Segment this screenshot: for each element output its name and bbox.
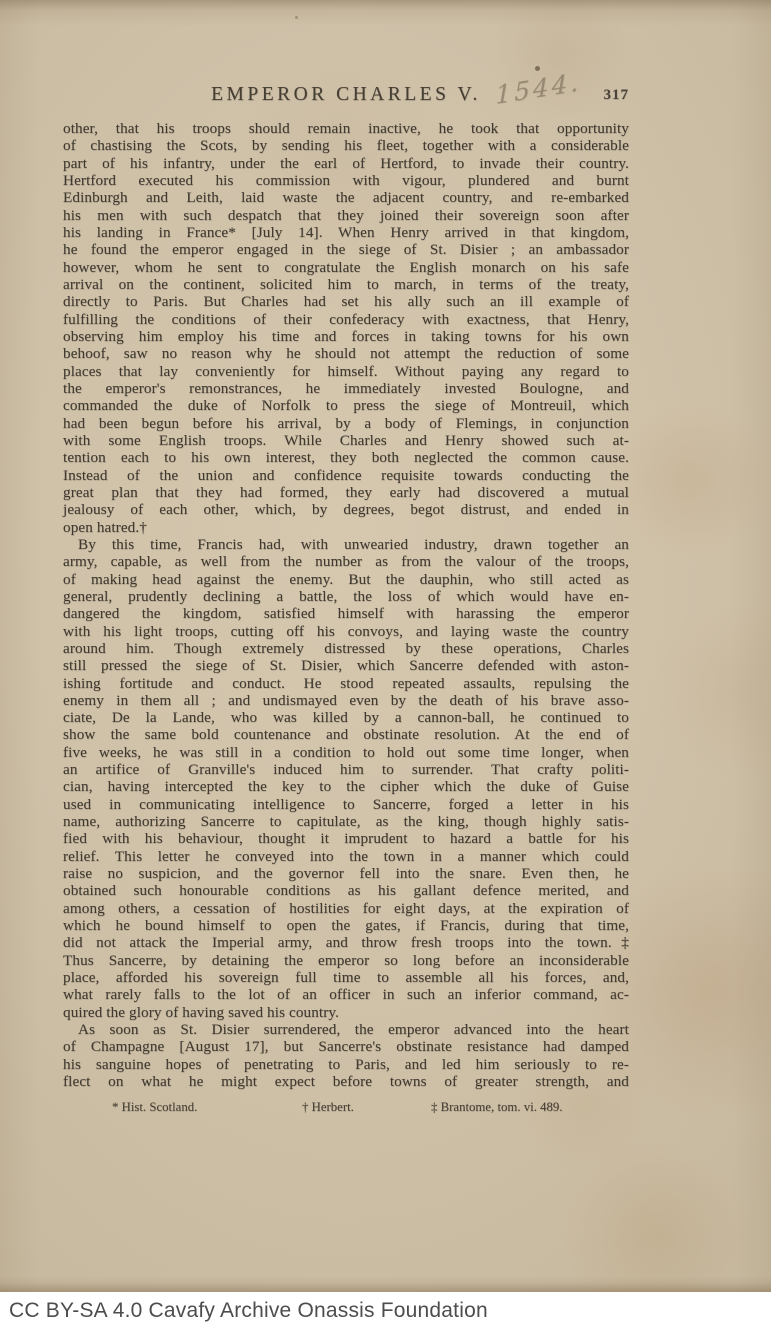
left-edge-shade	[0, 0, 40, 1292]
page-body-text: other, that his troops should remain ina…	[63, 120, 629, 1090]
license-credit-bar: CC BY-SA 4.0 Cavafy Archive Onassis Foun…	[0, 1292, 771, 1329]
text-line: general, prudently declining a battle, t…	[63, 588, 629, 605]
right-edge-shade	[731, 0, 771, 1292]
text-line: show the same bold countenance and obsti…	[63, 726, 629, 743]
text-line: he found the emperor engaged in the sieg…	[63, 241, 629, 258]
book-page-scan: EMPEROR CHARLES V. 1544. 317 other, that…	[0, 0, 771, 1292]
text-line: By this time, Francis had, with unwearie…	[63, 536, 629, 553]
text-line: open hatred.†	[63, 519, 629, 536]
footnote-herbert: † Herbert.	[302, 1100, 354, 1115]
text-line: cian, having intercepted the key to the …	[63, 778, 629, 795]
text-line: still pressed the siege of St. Disier, w…	[63, 657, 629, 674]
text-line: directly to Paris. But Charles had set h…	[63, 293, 629, 310]
text-line: of chastising the Scots, by sending his …	[63, 137, 629, 154]
text-line: Instead of the union and confidence requ…	[63, 467, 629, 484]
text-line: other, that his troops should remain ina…	[63, 120, 629, 137]
text-line: ishing fortitude and conduct. He stood r…	[63, 675, 629, 692]
ink-speck	[295, 16, 298, 19]
text-line: with his light troops, cutting off his c…	[63, 623, 629, 640]
text-line: five weeks, he was still in a condition …	[63, 744, 629, 761]
text-line: of making head against the enemy. But th…	[63, 571, 629, 588]
text-line: around him. Though extremely distressed …	[63, 640, 629, 657]
text-line: of Champagne [August 17], but Sancerre's…	[63, 1038, 629, 1055]
text-line: had been begun before his arrival, by a …	[63, 415, 629, 432]
text-line: fied with his behaviour, thought it impr…	[63, 830, 629, 847]
text-line: with some English troops. While Charles …	[63, 432, 629, 449]
text-line: his landing in France* [July 14]. When H…	[63, 224, 629, 241]
page-header: EMPEROR CHARLES V. 1544. 317	[63, 84, 629, 110]
text-line: behoof, saw no reason why he should not …	[63, 345, 629, 362]
license-credit-text: CC BY-SA 4.0 Cavafy Archive Onassis Foun…	[0, 1299, 488, 1323]
text-line: among others, a cessation of hostilities…	[63, 900, 629, 917]
text-line: places that lay conveniently for himself…	[63, 363, 629, 380]
text-line: commanded the duke of Norfolk to press t…	[63, 397, 629, 414]
text-line: observing him employ his time and forces…	[63, 328, 629, 345]
footnote-brantome: ‡ Brantome, tom. vi. 489.	[431, 1100, 563, 1115]
text-line: an artifice of Granville's induced him t…	[63, 761, 629, 778]
footnote-hist-scotland: * Hist. Scotland.	[112, 1100, 197, 1115]
text-line: enemy in them all ; and undismayed even …	[63, 692, 629, 709]
text-line: name, authorizing Sancerre to capitulate…	[63, 813, 629, 830]
text-line: Hertford executed his commission with vi…	[63, 172, 629, 189]
text-line: did not attack the Imperial army, and th…	[63, 934, 629, 951]
text-line: place, afforded his sovereign full time …	[63, 969, 629, 986]
text-line: obtained such honourable conditions as h…	[63, 882, 629, 899]
text-line: used in communicating intelligence to Sa…	[63, 796, 629, 813]
text-line: ciate, De la Lande, who was killed by a …	[63, 709, 629, 726]
text-line: quired the glory of having saved his cou…	[63, 1004, 629, 1021]
text-line: the emperor's remonstrances, he immediat…	[63, 380, 629, 397]
text-line: his sanguine hopes of penetrating to Par…	[63, 1056, 629, 1073]
text-line: however, whom he sent to congratulate th…	[63, 259, 629, 276]
text-line: Thus Sancerre, by detaining the emperor …	[63, 952, 629, 969]
text-line: tention each to his own interest, they b…	[63, 449, 629, 466]
text-line: arrival on the continent, solicited him …	[63, 276, 629, 293]
text-line: flect on what he might expect before tow…	[63, 1073, 629, 1090]
page-number: 317	[604, 87, 630, 104]
text-line: fulfilling the conditions of their confe…	[63, 311, 629, 328]
text-line: relief. This letter he conveyed into the…	[63, 848, 629, 865]
text-line: Edinburgh and Leith, laid waste the adja…	[63, 189, 629, 206]
text-line: As soon as St. Disier surrendered, the e…	[63, 1021, 629, 1038]
text-line: army, capable, as well from the number a…	[63, 553, 629, 570]
text-line: which he bound himself to open the gates…	[63, 917, 629, 934]
text-line: great plan that they had formed, they ea…	[63, 484, 629, 501]
ink-speck	[535, 66, 540, 71]
text-line: part of his infantry, under the earl of …	[63, 155, 629, 172]
footnotes-row: * Hist. Scotland. † Herbert. ‡ Brantome,…	[63, 1100, 629, 1118]
text-line: his men with such despatch that they joi…	[63, 207, 629, 224]
text-line: what rarely falls to the lot of an offic…	[63, 986, 629, 1003]
text-line: raise no suspicion, and the governor fel…	[63, 865, 629, 882]
text-line: jealousy of each other, which, by degree…	[63, 501, 629, 518]
text-line: dangered the kingdom, satisfied himself …	[63, 605, 629, 622]
